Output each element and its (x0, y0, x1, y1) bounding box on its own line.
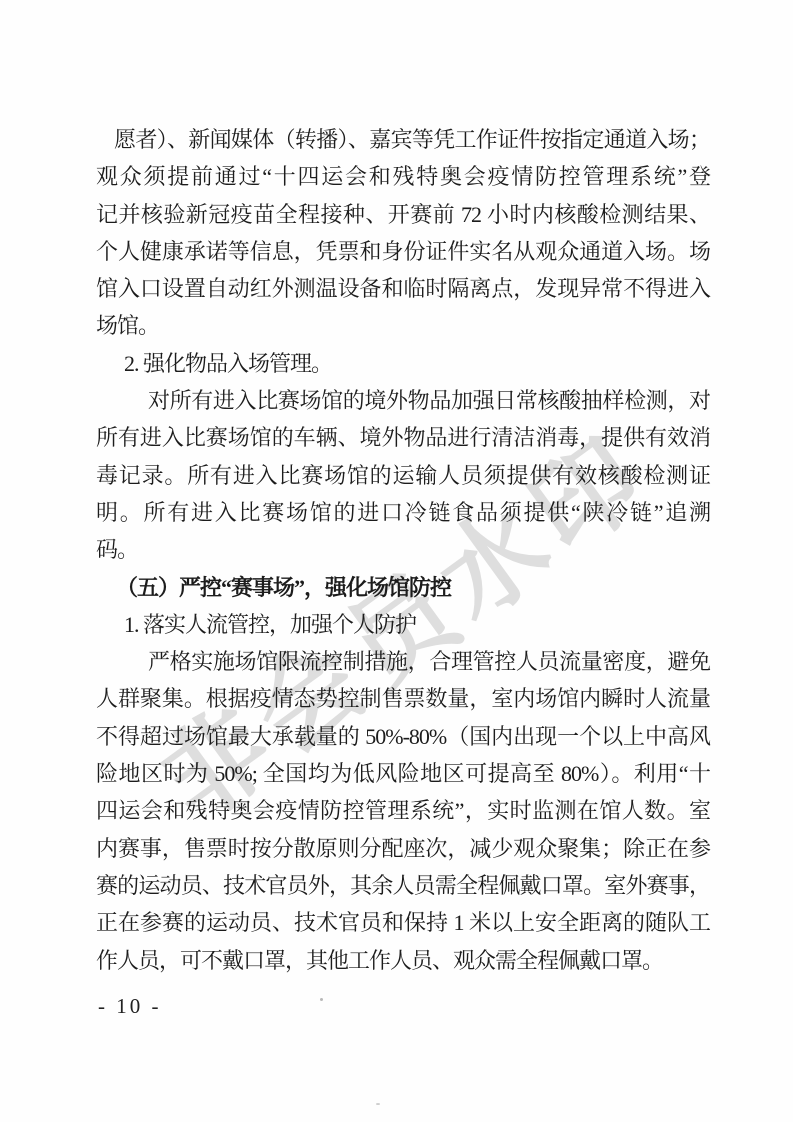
text-line: 严格实施场馆限流控制措施，合理管控人员流量密度，避免 (96, 643, 710, 680)
section-heading-line: （五）严控“赛事场”，强化场馆防控 (96, 569, 710, 606)
text-line: 1. 落实人流管控，加强个人防护 (96, 606, 710, 643)
scan-speck (376, 1103, 380, 1105)
text-line: 馆入口设置自动红外测温设备和临时隔离点，发现异常不得进入 (96, 270, 710, 307)
text-line: 对所有进入比赛场馆的境外物品加强日常核酸抽样检测，对 (96, 382, 710, 419)
text-line: 赛的运动员、技术官员外，其余人员需全程佩戴口罩。室外赛事， (96, 867, 710, 904)
page-number: - 10 - (98, 994, 162, 1019)
text-line: 场馆。 (96, 307, 710, 344)
text-line: 正在参赛的运动员、技术官员和保持 1 米以上安全距离的随队工 (96, 904, 710, 941)
text-line: 所有进入比赛场馆的车辆、境外物品进行清洁消毒，提供有效消 (96, 419, 710, 456)
text-line: 2. 强化物品入场管理。 (96, 345, 710, 382)
text-line: 码。 (96, 531, 710, 568)
text-line: 内赛事，售票时按分散原则分配座次，减少观众聚集；除正在参 (96, 830, 710, 867)
text-line: 人群聚集。根据疫情态势控制售票数量，室内场馆内瞬时人流量 (96, 680, 710, 717)
text-block: 愿者）、新闻媒体（转播）、嘉宾等凭工作证件按指定通道入场；观众须提前通过“十四运… (96, 121, 710, 979)
text-line: 明。所有进入比赛场馆的进口冷链食品须提供“陕冷链”追溯 (96, 494, 710, 531)
text-line: 记并核验新冠疫苗全程接种、开赛前 72 小时内核酸检测结果、 (96, 196, 710, 233)
document-page: 非会员水印 愿者）、新闻媒体（转播）、嘉宾等凭工作证件按指定通道入场；观众须提前… (0, 0, 793, 1122)
text-line: 四运会和残特奥会疫情防控管理系统”，实时监测在馆人数。室 (96, 792, 710, 829)
text-line: 愿者）、新闻媒体（转播）、嘉宾等凭工作证件按指定通道入场； (96, 121, 710, 158)
text-line: 作人员，可不戴口罩，其他工作人员、观众需全程佩戴口罩。 (96, 942, 710, 979)
text-line: 毒记录。所有进入比赛场馆的运输人员须提供有效核酸检测证 (96, 457, 710, 494)
text-line: 不得超过场馆最大承载量的 50%-80%（国内出现一个以上中高风 (96, 718, 710, 755)
text-line: 个人健康承诺等信息，凭票和身份证件实名从观众通道入场。场 (96, 233, 710, 270)
text-line: 观众须提前通过“十四运会和残特奥会疫情防控管理系统”登 (96, 158, 710, 195)
scan-speck (320, 998, 323, 1001)
text-line: 险地区时为 50%; 全国均为低风险地区可提高至 80%）。利用“十 (96, 755, 710, 792)
